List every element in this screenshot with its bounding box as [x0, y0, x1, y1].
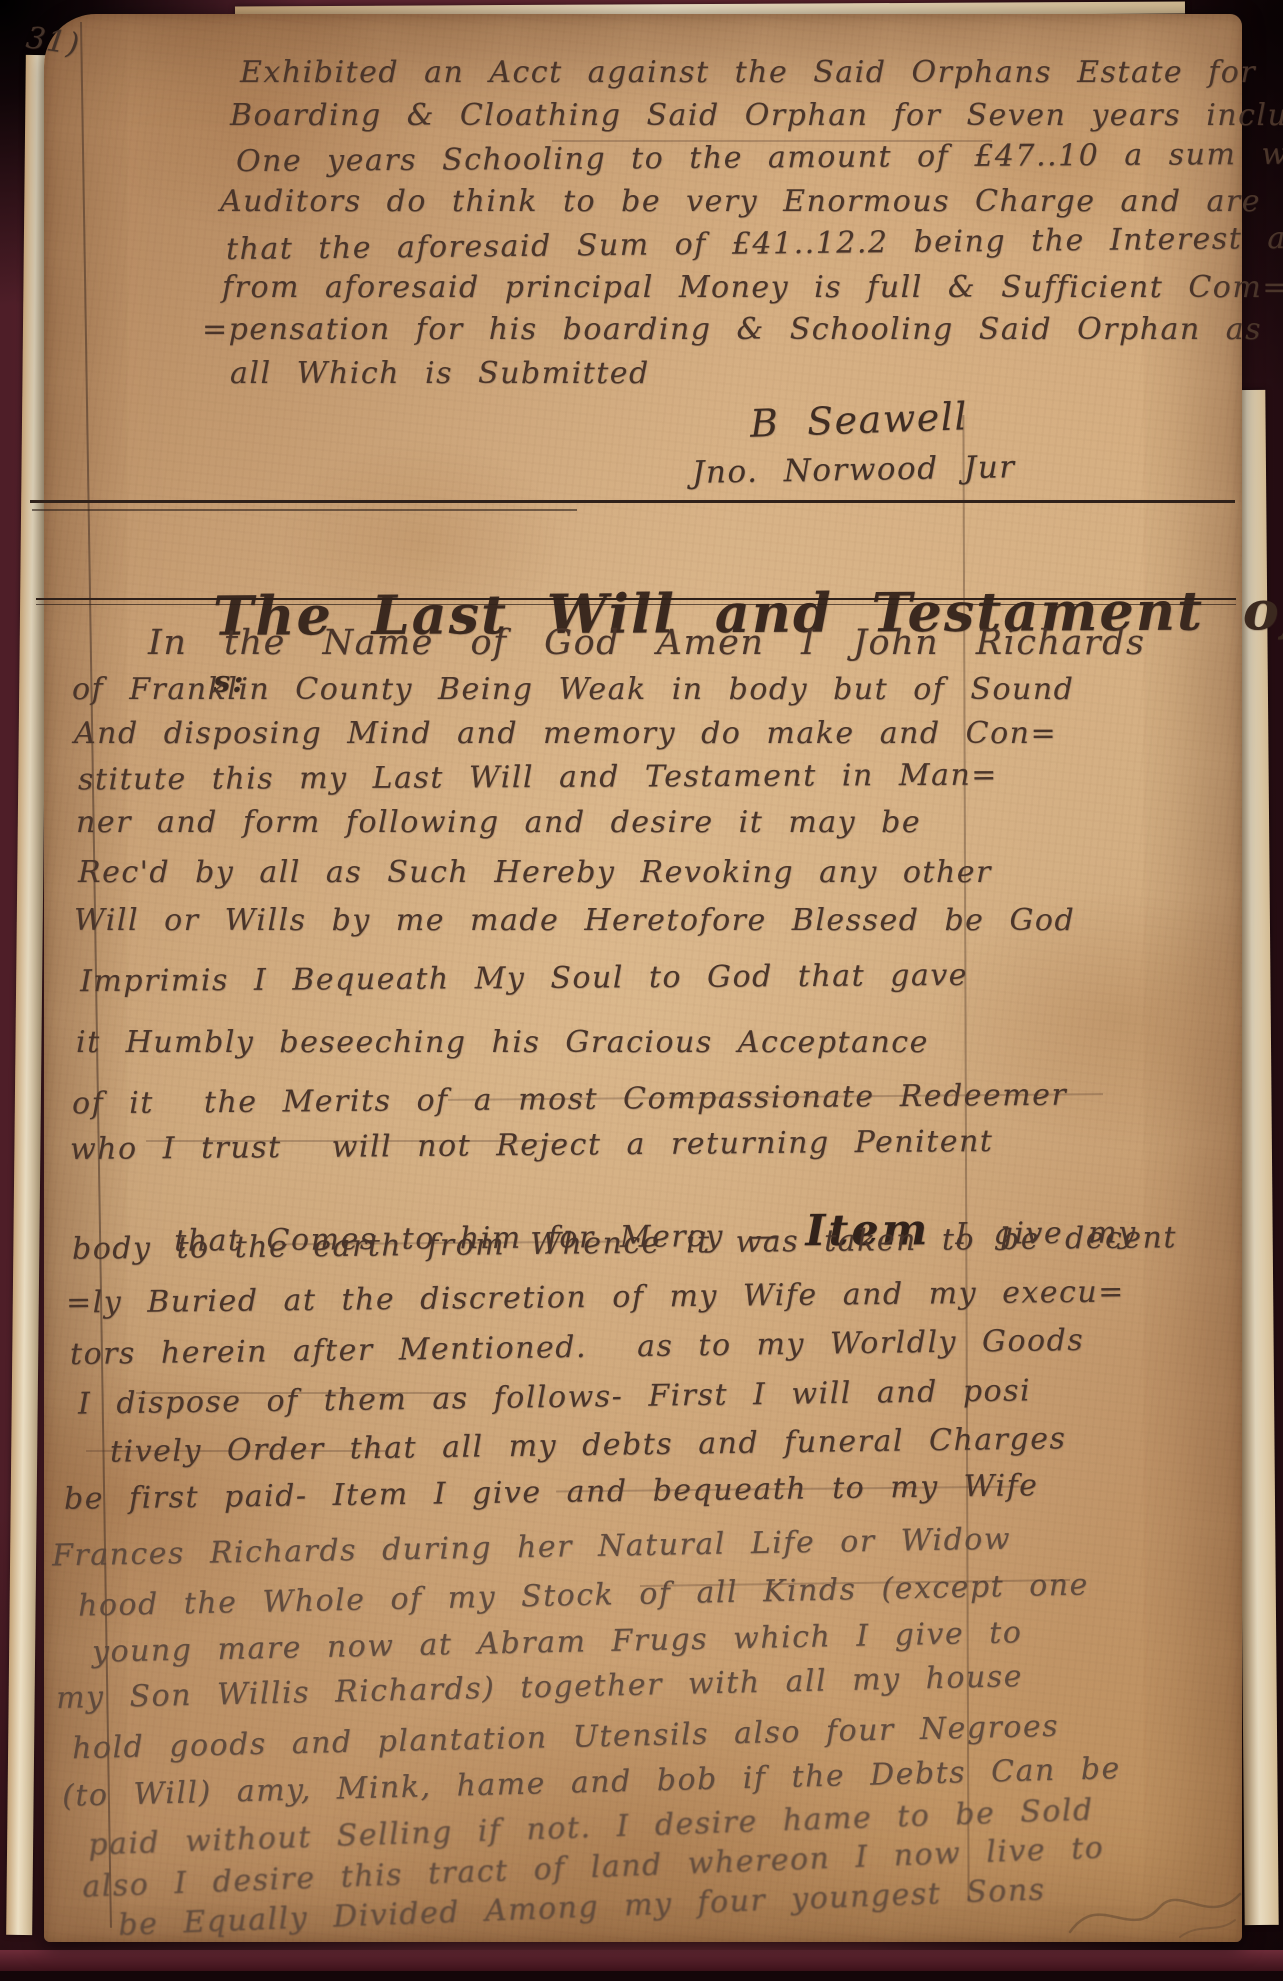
faint-ink-flourish: [1060, 1872, 1250, 1952]
section-divider-line-2: [32, 509, 577, 511]
will-line: In the Name of God Amen I John Richards: [148, 622, 1145, 664]
book-cover-bottom-strip: [0, 1950, 1283, 1972]
page-number: 31): [24, 20, 83, 63]
will-line: stitute this my Last Will and Testament …: [78, 758, 998, 799]
faint-ruled-line: [136, 1392, 466, 1394]
section-divider-line: [30, 500, 1235, 503]
account-line: all Which is Submitted: [230, 356, 650, 392]
will-line: it Humbly beseeching his Gracious Accept…: [76, 1025, 929, 1061]
signature-seawell: B Seawell: [749, 394, 968, 447]
will-line: ner and form following and desire it may…: [76, 805, 921, 841]
will-line: Rec'd by all as Such Hereby Revoking any…: [78, 855, 992, 891]
faint-ruled-line: [552, 140, 992, 142]
title-underline-2: [36, 604, 1236, 605]
will-line: of Franklin County Being Weak in body bu…: [72, 672, 1074, 708]
account-line: Auditors do think to be very Enormous Ch…: [220, 184, 1283, 220]
faint-ruled-line: [86, 1450, 386, 1452]
account-line: One years Schooling to the amount of £47…: [236, 136, 1283, 180]
will-line: Imprimis I Bequeath My Soul to God that …: [80, 958, 968, 1000]
manuscript-photo: 31) Exhibited an Acct against the Said O…: [0, 0, 1283, 1981]
account-line: Exhibited an Acct against the Said Orpha…: [240, 55, 1256, 91]
will-line: Will or Wills by me made Heretofore Bles…: [74, 903, 1075, 939]
will-line: And disposing Mind and memory do make an…: [74, 716, 1057, 752]
account-line: from aforesaid principal Money is full &…: [222, 270, 1283, 306]
title-underline: [36, 598, 1236, 600]
signature-norwood: Jno. Norwood Jur: [692, 449, 1016, 492]
faint-ruled-line: [146, 1140, 566, 1142]
account-line: Boarding & Cloathing Said Orphan for Sev…: [230, 98, 1283, 134]
book-cover-bottom-shadow: [0, 1971, 1283, 1981]
account-line: =pensation for his boarding & Schooling …: [202, 312, 1283, 348]
